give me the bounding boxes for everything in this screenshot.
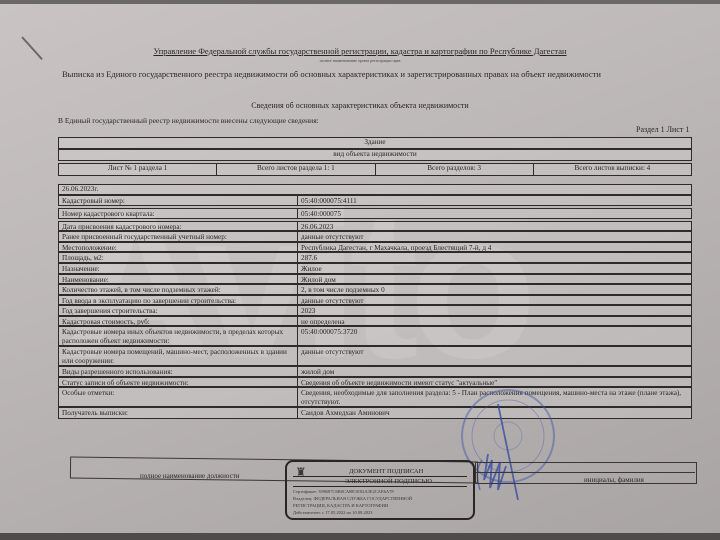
table-row: Кадастровая стоимость, руб:не определена [58, 316, 692, 327]
row-value: данные отсутствуют [298, 232, 691, 241]
object-type-row: Здание [58, 137, 692, 149]
row-label: Особые отметки: [59, 388, 298, 406]
handwritten-signature [470, 400, 550, 500]
row-value: данные отсутствуют [298, 296, 691, 305]
electronic-signature-block: ♜ ДОКУМЕНТ ПОДПИСАН ЭЛЕКТРОННОЙ ПОДПИСЬЮ… [285, 460, 475, 520]
row-value: не определена [298, 317, 691, 326]
table-row: Получатель выписки:Саидов Ахмедхан Амино… [58, 407, 692, 419]
table-row: Ранее присвоенный государственный учетны… [58, 231, 692, 242]
row-label: Статус записи об объекте недвижимости: [59, 378, 298, 387]
row-value: Жилой дом [298, 275, 691, 284]
row-value: 2023 [298, 306, 691, 315]
extract-date: 26.06.2023г. [62, 185, 98, 193]
ecp-owner-1: Владелец: ФЕДЕРАЛЬНАЯ СЛУЖБА ГОСУДАРСТВЕ… [293, 496, 412, 501]
object-type-caption-row: вид объекта недвижимости [58, 149, 692, 161]
row-label: Номер кадастрового квартала: [59, 209, 298, 218]
row-value: Республика Дагестан, г Махачкала, проезд… [298, 243, 691, 252]
row-label: Местоположение: [59, 243, 298, 252]
row-label: Назначение: [59, 264, 298, 273]
authority-name: Управление Федеральной службы государств… [0, 46, 720, 56]
object-type-caption: вид объекта недвижимости [333, 150, 416, 158]
eagle-emblem-icon: ♜ [295, 465, 307, 481]
extract-sheets-total: Всего листов выписки: 4 [534, 164, 691, 175]
row-label: Дата присвоения кадастрового номера: [59, 222, 298, 231]
table-row: Количество этажей, в том числе подземных… [58, 284, 692, 295]
initials-divider [475, 472, 695, 473]
row-value: данные отсутствуют [298, 347, 691, 365]
row-value: Жилое [298, 264, 691, 273]
sheet-number: Лист № 1 раздела 1 [59, 164, 217, 175]
table-row: Кадастровые номера иных объектов недвижи… [58, 326, 692, 346]
row-value: 2, в том числе подземных 0 [298, 285, 691, 294]
row-label: Получатель выписки: [59, 408, 298, 418]
row-value: 05:40:000075:3720 [298, 327, 691, 345]
row-label: Кадастровая стоимость, руб: [59, 317, 298, 326]
ecp-title-1: ДОКУМЕНТ ПОДПИСАН [349, 468, 423, 475]
table-row: Площадь, м2:287.6 [58, 252, 692, 263]
section-sheets-total: Всего листов раздела 1: 1 [217, 164, 375, 175]
row-label: Год ввода в эксплуатацию по завершении с… [59, 296, 298, 305]
sheet-info-row: Лист № 1 раздела 1 Всего листов раздела … [58, 163, 692, 176]
table-row: Наименование:Жилой дом [58, 274, 692, 285]
row-label: Количество этажей, в том числе подземных… [59, 285, 298, 294]
row-label: Кадастровые номера помещений, машино-мес… [59, 347, 298, 365]
row-label: Год завершения строительства: [59, 306, 298, 315]
table-row: Год ввода в эксплуатацию по завершении с… [58, 295, 692, 306]
ecp-validity: Действителен: с 17.05.2022 по 10.08.2023 [293, 510, 373, 515]
photo-bottom-edge [0, 533, 720, 540]
row-label: Наименование: [59, 275, 298, 284]
sections-total: Всего разделов: 3 [376, 164, 534, 175]
table-row: Особые отметки:Сведения, необходимые для… [58, 387, 692, 407]
row-label: Виды разрешенного использования: [59, 367, 298, 376]
row-label: Ранее присвоенный государственный учетны… [59, 232, 298, 241]
date-row: 26.06.2023г. [58, 184, 692, 195]
table-row: Статус записи об объекте недвижимости:Св… [58, 377, 692, 388]
object-type: Здание [364, 138, 385, 146]
table-row: Номер кадастрового квартала:05:40:000075 [58, 208, 692, 219]
cadastral-number-value: 05:40:000075:4111 [298, 196, 691, 205]
position-caption: полное наименование должности [140, 472, 240, 480]
table-row: Кадастровые номера помещений, машино-мес… [58, 346, 692, 366]
cadastral-number-row: Кадастровый номер: 05:40:000075:4111 [58, 195, 692, 206]
row-value: 26.06.2023 [298, 222, 691, 231]
initials-caption: инициалы, фамилия [584, 476, 644, 484]
document-title: Выписка из Единого государственного реес… [62, 69, 601, 79]
ecp-certificate: Сертификат: 3996В7С6В0САВЕ1Е02А3Е2САЕ6А7… [293, 489, 394, 494]
row-label: Площадь, м2: [59, 253, 298, 262]
table-row: Год завершения строительства:2023 [58, 305, 692, 316]
table-row: Виды разрешенного использования:жилой до… [58, 366, 692, 377]
intro-text: В Единый государственный реестр недвижим… [58, 116, 319, 125]
row-value: жилой дом [298, 367, 691, 376]
table-row: Местоположение:Республика Дагестан, г Ма… [58, 242, 692, 253]
row-value: 05:40:000075 [298, 209, 691, 218]
cadastral-number-label: Кадастровый номер: [59, 196, 298, 205]
row-value: 287.6 [298, 253, 691, 262]
photo-top-edge [0, 0, 720, 4]
ecp-title-2: ЭЛЕКТРОННОЙ ПОДПИСЬЮ [345, 478, 432, 485]
table-row: Назначение:Жилое [58, 263, 692, 274]
authority-caption: полное наименование органа регистрации п… [0, 58, 720, 63]
row-value: Сведения об объекте недвижимости имеют с… [298, 378, 691, 387]
table-row: Дата присвоения кадастрового номера:26.0… [58, 221, 692, 232]
ecp-owner-2: РЕГИСТРАЦИИ, КАДАСТРА И КАРТОГРАФИИ [293, 503, 388, 508]
section-sheet-label: Раздел 1 Лист 1 [636, 125, 689, 134]
document-subtitle: Сведения об основных характеристиках объ… [0, 101, 720, 110]
row-label: Кадастровые номера иных объектов недвижи… [59, 327, 298, 345]
